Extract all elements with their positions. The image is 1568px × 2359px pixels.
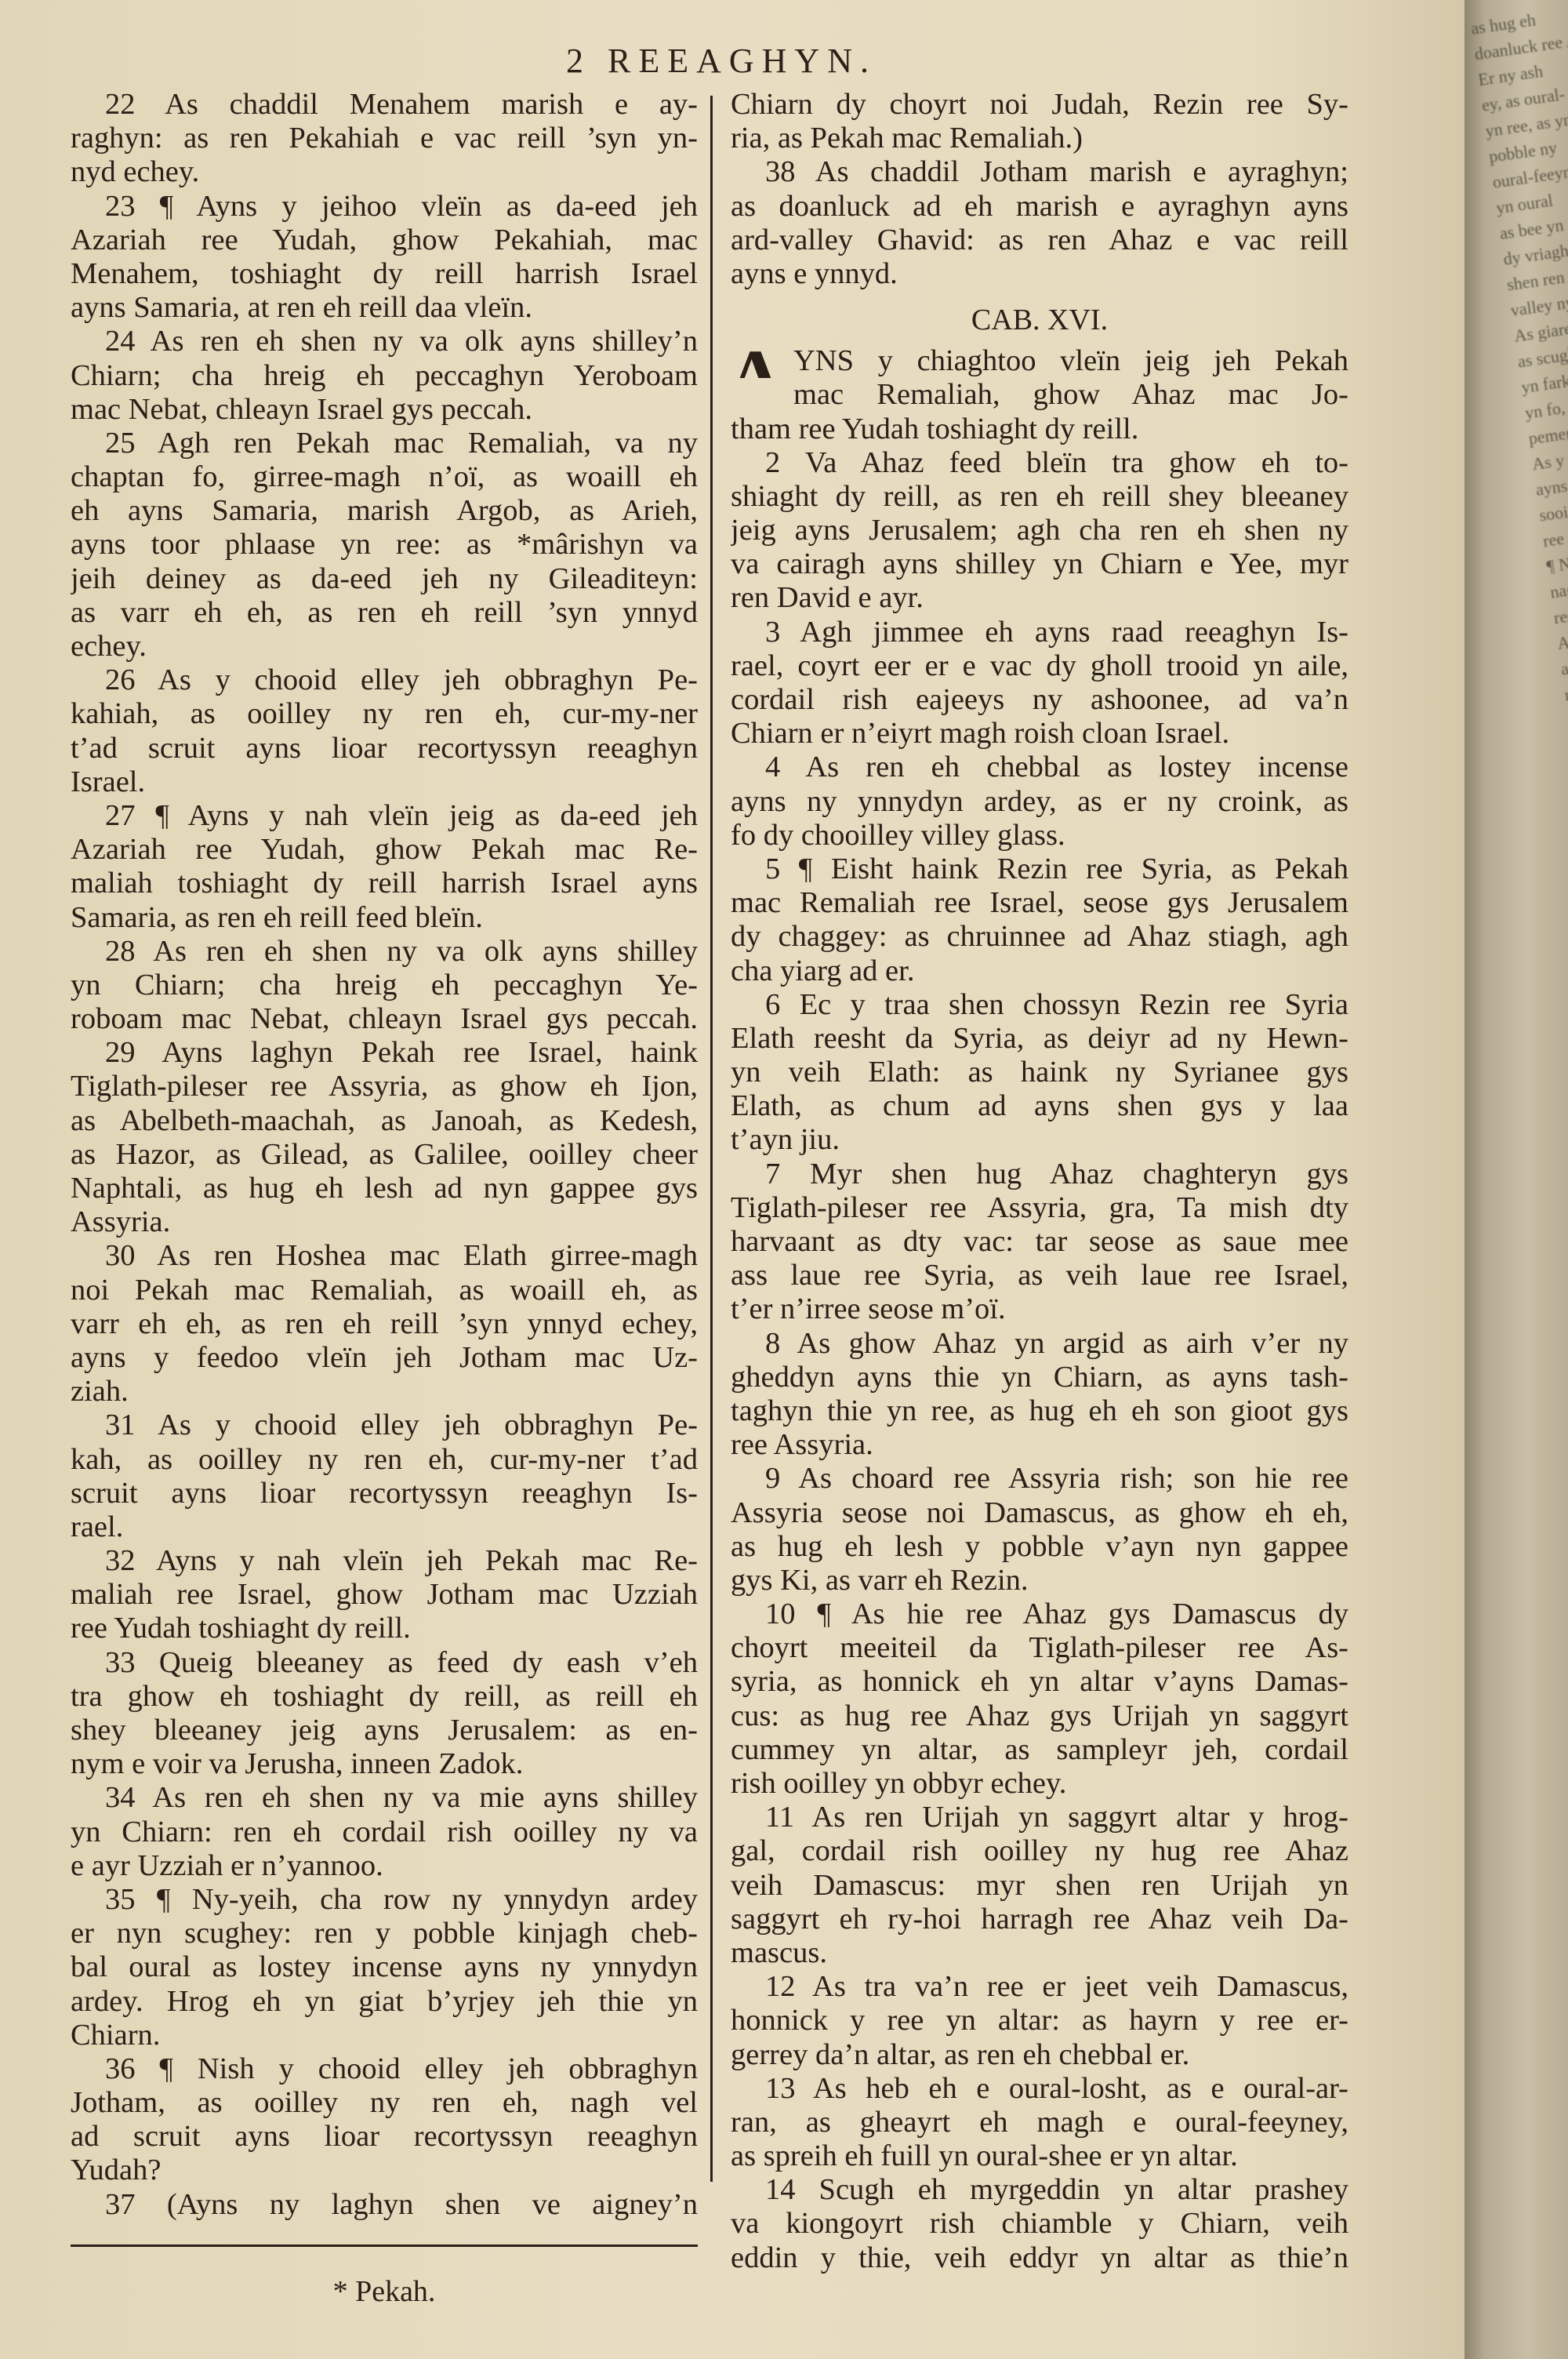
text-line: va cairagh ayns shilley yn Chiarn e Yee,… xyxy=(731,547,1348,581)
text-line: ad scruit ayns lioar recortyssyn reeaghy… xyxy=(71,2120,698,2154)
text-line: cha yiarg ad er. xyxy=(731,954,1348,988)
text-line: fo dy chooilley villey glass. xyxy=(731,819,1348,852)
text-line: 36 ¶ Nish y chooid elley jeh obbraghyn xyxy=(71,2052,698,2086)
text-line: Samaria, as ren eh reill feed bleïn. xyxy=(71,901,698,935)
text-line: raghyn: as ren Pekahiah e vac reill ’syn… xyxy=(71,122,698,155)
text-line: 38 As chaddil Jotham marish e ayraghyn; xyxy=(731,155,1348,189)
text-line: 6 Ec y traa shen chossyn Rezin ree Syria xyxy=(731,988,1348,1022)
text-line: as Hazor, as Gilead, as Galilee, ooilley… xyxy=(71,1138,698,1172)
text-line: 29 Ayns laghyn Pekah ree Israel, haink xyxy=(71,1036,698,1070)
text-line: taghyn thie yn ree, as hug eh eh son gio… xyxy=(731,1394,1348,1428)
dropcap-line-2: mac Remaliah, ghow Ahaz mac Jo- xyxy=(731,378,1348,412)
text-line: ayns toor phlaase yn ree: as *mârishyn v… xyxy=(71,528,698,562)
text-line: 9 As choard ree Assyria rish; son hie re… xyxy=(731,1462,1348,1496)
text-line: Assyria seose noi Damascus, as ghow eh e… xyxy=(731,1496,1348,1530)
text-line: Chiarn. xyxy=(71,2019,698,2052)
right-column-top-verses: Chiarn dy choyrt noi Judah, Rezin ree Sy… xyxy=(731,88,1348,291)
text-line: ria, as Pekah mac Remaliah.) xyxy=(731,122,1348,155)
facing-page-edge: as hug ehdoanluck ree AhazEr ny ashey, a… xyxy=(1465,0,1568,2359)
text-line: gys Ki, as varr eh Rezin. xyxy=(731,1564,1348,1598)
text-line: as doanluck ad eh marish e ayraghyn ayns xyxy=(731,190,1348,224)
footnote-rule xyxy=(71,2245,698,2247)
text-line: maliah toshiaght dy reill harrish Israel… xyxy=(71,867,698,900)
text-line: maliah ree Israel, ghow Jotham mac Uzzia… xyxy=(71,1578,698,1612)
footnote: * Pekah. xyxy=(71,2274,698,2309)
text-line: gerrey da’n altar, as ren eh chebbal er. xyxy=(731,2038,1348,2072)
column-divider-rule xyxy=(710,96,713,2182)
text-line: yn Chiarn; cha hreig eh peccaghyn Ye- xyxy=(71,969,698,1002)
text-line: mascus. xyxy=(731,1936,1348,1970)
text-line: jeih deiney as da-eed jeh ny Gileaditeyn… xyxy=(71,562,698,596)
text-line: er nyn scughey: ren y pobble kinjagh che… xyxy=(71,1917,698,1950)
text-line: jeig ayns Jerusalem; agh cha ren eh shen… xyxy=(731,514,1348,547)
text-line: ayns y feedoo vleïn jeh Jotham mac Uz- xyxy=(71,1341,698,1375)
text-line: honnick y ree yn altar: as hayrn y ree e… xyxy=(731,2004,1348,2037)
text-line: ran, as gheayrt eh magh e oural-feeyney, xyxy=(731,2106,1348,2139)
text-line: noi Pekah mac Remaliah, as woaill eh, as xyxy=(71,1274,698,1307)
text-line: 23 ¶ Ayns y jeihoo vleïn as da-eed jeh xyxy=(71,190,698,224)
text-line: yn Chiarn: ren eh cordail rish ooilley n… xyxy=(71,1816,698,1849)
text-line: yn veih Elath: as haink ny Syrianee gys xyxy=(731,1056,1348,1089)
text-line: 10 ¶ As hie ree Ahaz gys Damascus dy xyxy=(731,1598,1348,1631)
text-line: Assyria. xyxy=(71,1205,698,1239)
left-column: 22 As chaddil Menahem marish e ay-raghyn… xyxy=(71,88,698,2222)
text-line: ayns e ynnyd. xyxy=(731,257,1348,291)
text-line: cordail rish eajeeys ny ashoonee, ad va’… xyxy=(731,683,1348,717)
text-line: 27 ¶ Ayns y nah vleïn jeig as da-eed jeh xyxy=(71,799,698,833)
text-line: choyrt meeiteil da Tiglath-pileser ree A… xyxy=(731,1631,1348,1665)
text-line: echey. xyxy=(71,630,698,663)
text-line: dy chaggey: as chruinnee ad Ahaz stiagh,… xyxy=(731,920,1348,954)
text-line: 25 Agh ren Pekah mac Remaliah, va ny xyxy=(71,427,698,460)
text-line: 35 ¶ Ny-yeih, cha row ny ynnydyn ardey xyxy=(71,1883,698,1917)
text-line: 22 As chaddil Menahem marish e ay- xyxy=(71,88,698,122)
text-line: Elath, as chum ad ayns shen gys y laa xyxy=(731,1089,1348,1123)
text-line: ayns ny ynnydyn ardey, as er ny croink, … xyxy=(731,785,1348,819)
dropcap-letter: A xyxy=(731,344,783,378)
text-line: 30 As ren Hoshea mac Elath girree-magh xyxy=(71,1239,698,1273)
text-line: mac Nebat, chleayn Israel gys peccah. xyxy=(71,393,698,427)
text-line: syria, as honnick eh yn altar v’ayns Dam… xyxy=(731,1665,1348,1699)
text-line: Israel. xyxy=(71,765,698,799)
right-column-verses: tham ree Yudah toshiaght dy reill.2 Va A… xyxy=(731,413,1348,2275)
text-line: 8 As ghow Ahaz yn argid as airh v’er ny xyxy=(731,1327,1348,1361)
text-line: mac Remaliah ree Israel, seose gys Jerus… xyxy=(731,886,1348,920)
chapter-heading: CAB. XVI. xyxy=(731,296,1348,344)
dropcap-line-text: mac Remaliah, ghow Ahaz mac Jo- xyxy=(793,378,1348,411)
text-line: va kiongoyrt rish chiamble y Chiarn, vei… xyxy=(731,2207,1348,2241)
text-line: ayns Samaria, at ren eh reill daa vleïn. xyxy=(71,291,698,325)
text-line: ree Yudah toshiaght dy reill. xyxy=(71,1612,698,1645)
text-line: 13 As heb eh e oural-losht, as e oural-a… xyxy=(731,2072,1348,2106)
text-line: 5 ¶ Eisht haink Rezin ree Syria, as Peka… xyxy=(731,852,1348,886)
text-line: ziah. xyxy=(71,1375,698,1408)
text-line: 33 Queig bleeaney as feed dy eash v’eh xyxy=(71,1646,698,1680)
text-line: veih Damascus: myr shen ren Urijah yn xyxy=(731,1869,1348,1903)
text-line: t’er n’irree seose m’oï. xyxy=(731,1292,1348,1326)
text-line: Chiarn; cha hreig eh peccaghyn Yeroboam xyxy=(71,359,698,393)
book-page: 2 REEAGHYN. 22 As chaddil Menahem marish… xyxy=(0,0,1450,2359)
running-head: 2 REEAGHYN. xyxy=(510,41,933,81)
text-line: t’ayn jiu. xyxy=(731,1123,1348,1157)
text-line: Naphtali, as hug eh lesh ad nyn gappee g… xyxy=(71,1172,698,1205)
text-line: 2 Va Ahaz feed bleïn tra ghow eh to- xyxy=(731,446,1348,480)
text-line: cummey yn altar, as sampleyr jeh, cordai… xyxy=(731,1733,1348,1767)
text-line: Azariah ree Yudah, ghow Pekahiah, mac xyxy=(71,224,698,257)
text-line: e ayr Uzziah er n’yannoo. xyxy=(71,1849,698,1883)
dropcap-line-1: A YNS y chiaghtoo vleïn jeig jeh Pekah xyxy=(731,344,1348,378)
text-line: 28 As ren eh shen ny va olk ayns shilley xyxy=(71,935,698,969)
text-line: 31 As y chooid elley jeh obbraghyn Pe- xyxy=(71,1408,698,1442)
text-line: varr eh eh, as ren eh reill ’syn ynnyd e… xyxy=(71,1307,698,1341)
text-line: 26 As y chooid elley jeh obbraghyn Pe- xyxy=(71,663,698,697)
text-line: eddin y thie, veih eddyr yn altar as thi… xyxy=(731,2241,1348,2275)
text-line: ren David e ayr. xyxy=(731,581,1348,615)
text-line: as Abelbeth-maachah, as Janoah, as Kedes… xyxy=(71,1104,698,1138)
text-line: gheddyn ayns thie yn Chiarn, as ayns tas… xyxy=(731,1361,1348,1394)
text-line: scruit ayns lioar recortyssyn reeaghyn I… xyxy=(71,1477,698,1510)
text-line: ass laue ree Syria, as veih laue ree Isr… xyxy=(731,1259,1348,1292)
text-line: as varr eh eh, as ren eh reill ’syn ynny… xyxy=(71,596,698,630)
text-line: eh ayns Samaria, marish Argob, as Arieh, xyxy=(71,494,698,528)
text-line: rish ooilley yn obbyr echey. xyxy=(731,1767,1348,1801)
chapter-opening: A YNS y chiaghtoo vleïn jeig jeh Pekah m… xyxy=(731,344,1348,412)
text-line: 7 Myr shen hug Ahaz chaghteryn gys xyxy=(731,1158,1348,1191)
text-line: Menahem, toshiaght dy reill harrish Isra… xyxy=(71,257,698,291)
text-line: bal oural as lostey incense ayns ny ynny… xyxy=(71,1950,698,1984)
text-line: as spreih eh fuill yn oural-shee er yn a… xyxy=(731,2139,1348,2173)
text-line: chaptan fo, girree-magh n’oï, as woaill … xyxy=(71,460,698,494)
text-line: tham ree Yudah toshiaght dy reill. xyxy=(731,413,1348,446)
text-line: 12 As tra va’n ree er jeet veih Damascus… xyxy=(731,1970,1348,2004)
text-line: ard-valley Ghavid: as ren Ahaz e vac rei… xyxy=(731,224,1348,257)
text-line: Chiarn dy choyrt noi Judah, Rezin ree Sy… xyxy=(731,88,1348,122)
text-line: t’ad scruit ayns lioar recortyssyn reeag… xyxy=(71,732,698,765)
text-line: nym e voir va Jerusha, inneen Zadok. xyxy=(71,1747,698,1781)
text-line: 32 Ayns y nah vleïn jeh Pekah mac Re- xyxy=(71,1544,698,1578)
text-line: shey bleeaney jeig ayns Jerusalem: as en… xyxy=(71,1714,698,1747)
text-line: harvaant as dty vac: tar seose as saue m… xyxy=(731,1225,1348,1259)
text-line: rael, coyrt eer er e vac dy gholl trooid… xyxy=(731,649,1348,683)
text-line: ardey. Hrog eh yn giat b’yrjey jeh thie … xyxy=(71,1985,698,2019)
text-line: nyd echey. xyxy=(71,155,698,189)
text-line: ree Assyria. xyxy=(731,1428,1348,1462)
text-line: rael. xyxy=(71,1510,698,1544)
text-line: Tiglath-pileser ree Assyria, gra, Ta mis… xyxy=(731,1191,1348,1225)
text-line: Chiarn er n’eiyrt magh roish cloan Israe… xyxy=(731,717,1348,751)
right-column: Chiarn dy choyrt noi Judah, Rezin ree Sy… xyxy=(731,88,1348,2275)
text-line: 11 As ren Urijah yn saggyrt altar y hrog… xyxy=(731,1801,1348,1834)
text-line: kahiah, as ooilley ny ren eh, cur-my-ner xyxy=(71,697,698,731)
text-line: cus: as hug ree Ahaz gys Urijah yn saggy… xyxy=(731,1699,1348,1733)
text-line: 24 As ren eh shen ny va olk ayns shilley… xyxy=(71,325,698,358)
text-line: gal, cordail rish ooilley ny hug ree Aha… xyxy=(731,1834,1348,1868)
dropcap-line-text: YNS y chiaghtoo vleïn jeig jeh Pekah xyxy=(793,344,1348,377)
text-line: 14 Scugh eh myrgeddin yn altar prashey xyxy=(731,2173,1348,2207)
text-line: Yudah? xyxy=(71,2154,698,2187)
text-line: Elath reesht da Syria, as deiyr ad ny He… xyxy=(731,1022,1348,1056)
text-line: Azariah ree Yudah, ghow Pekah mac Re- xyxy=(71,833,698,867)
text-line: shiaght dy reill, as ren eh reill shey b… xyxy=(731,480,1348,514)
text-line: roboam mac Nebat, chleayn Israel gys pec… xyxy=(71,1002,698,1036)
text-line: saggyrt eh ry-hoi harragh ree Ahaz veih … xyxy=(731,1903,1348,1936)
text-line: 37 (Ayns ny laghyn shen ve aigney’n xyxy=(71,2188,698,2222)
text-line: 34 As ren eh shen ny va mie ayns shilley xyxy=(71,1781,698,1815)
facing-page-text: as hug ehdoanluck ree AhazEr ny ashey, a… xyxy=(1469,0,1568,784)
text-line: Tiglath-pileser ree Assyria, as ghow eh … xyxy=(71,1070,698,1103)
text-line: 3 Agh jimmee eh ayns raad reeaghyn Is- xyxy=(731,616,1348,649)
text-line: kah, as ooilley ny ren eh, cur-my-ner t’… xyxy=(71,1443,698,1477)
text-line: tra ghow eh toshiaght dy reill, as reill… xyxy=(71,1680,698,1714)
text-line: 4 As ren eh chebbal as lostey incense xyxy=(731,751,1348,784)
text-line: as hug eh lesh y pobble v’ayn nyn gappee xyxy=(731,1530,1348,1564)
text-line: Jotham, as ooilley ny ren eh, nagh vel xyxy=(71,2086,698,2120)
